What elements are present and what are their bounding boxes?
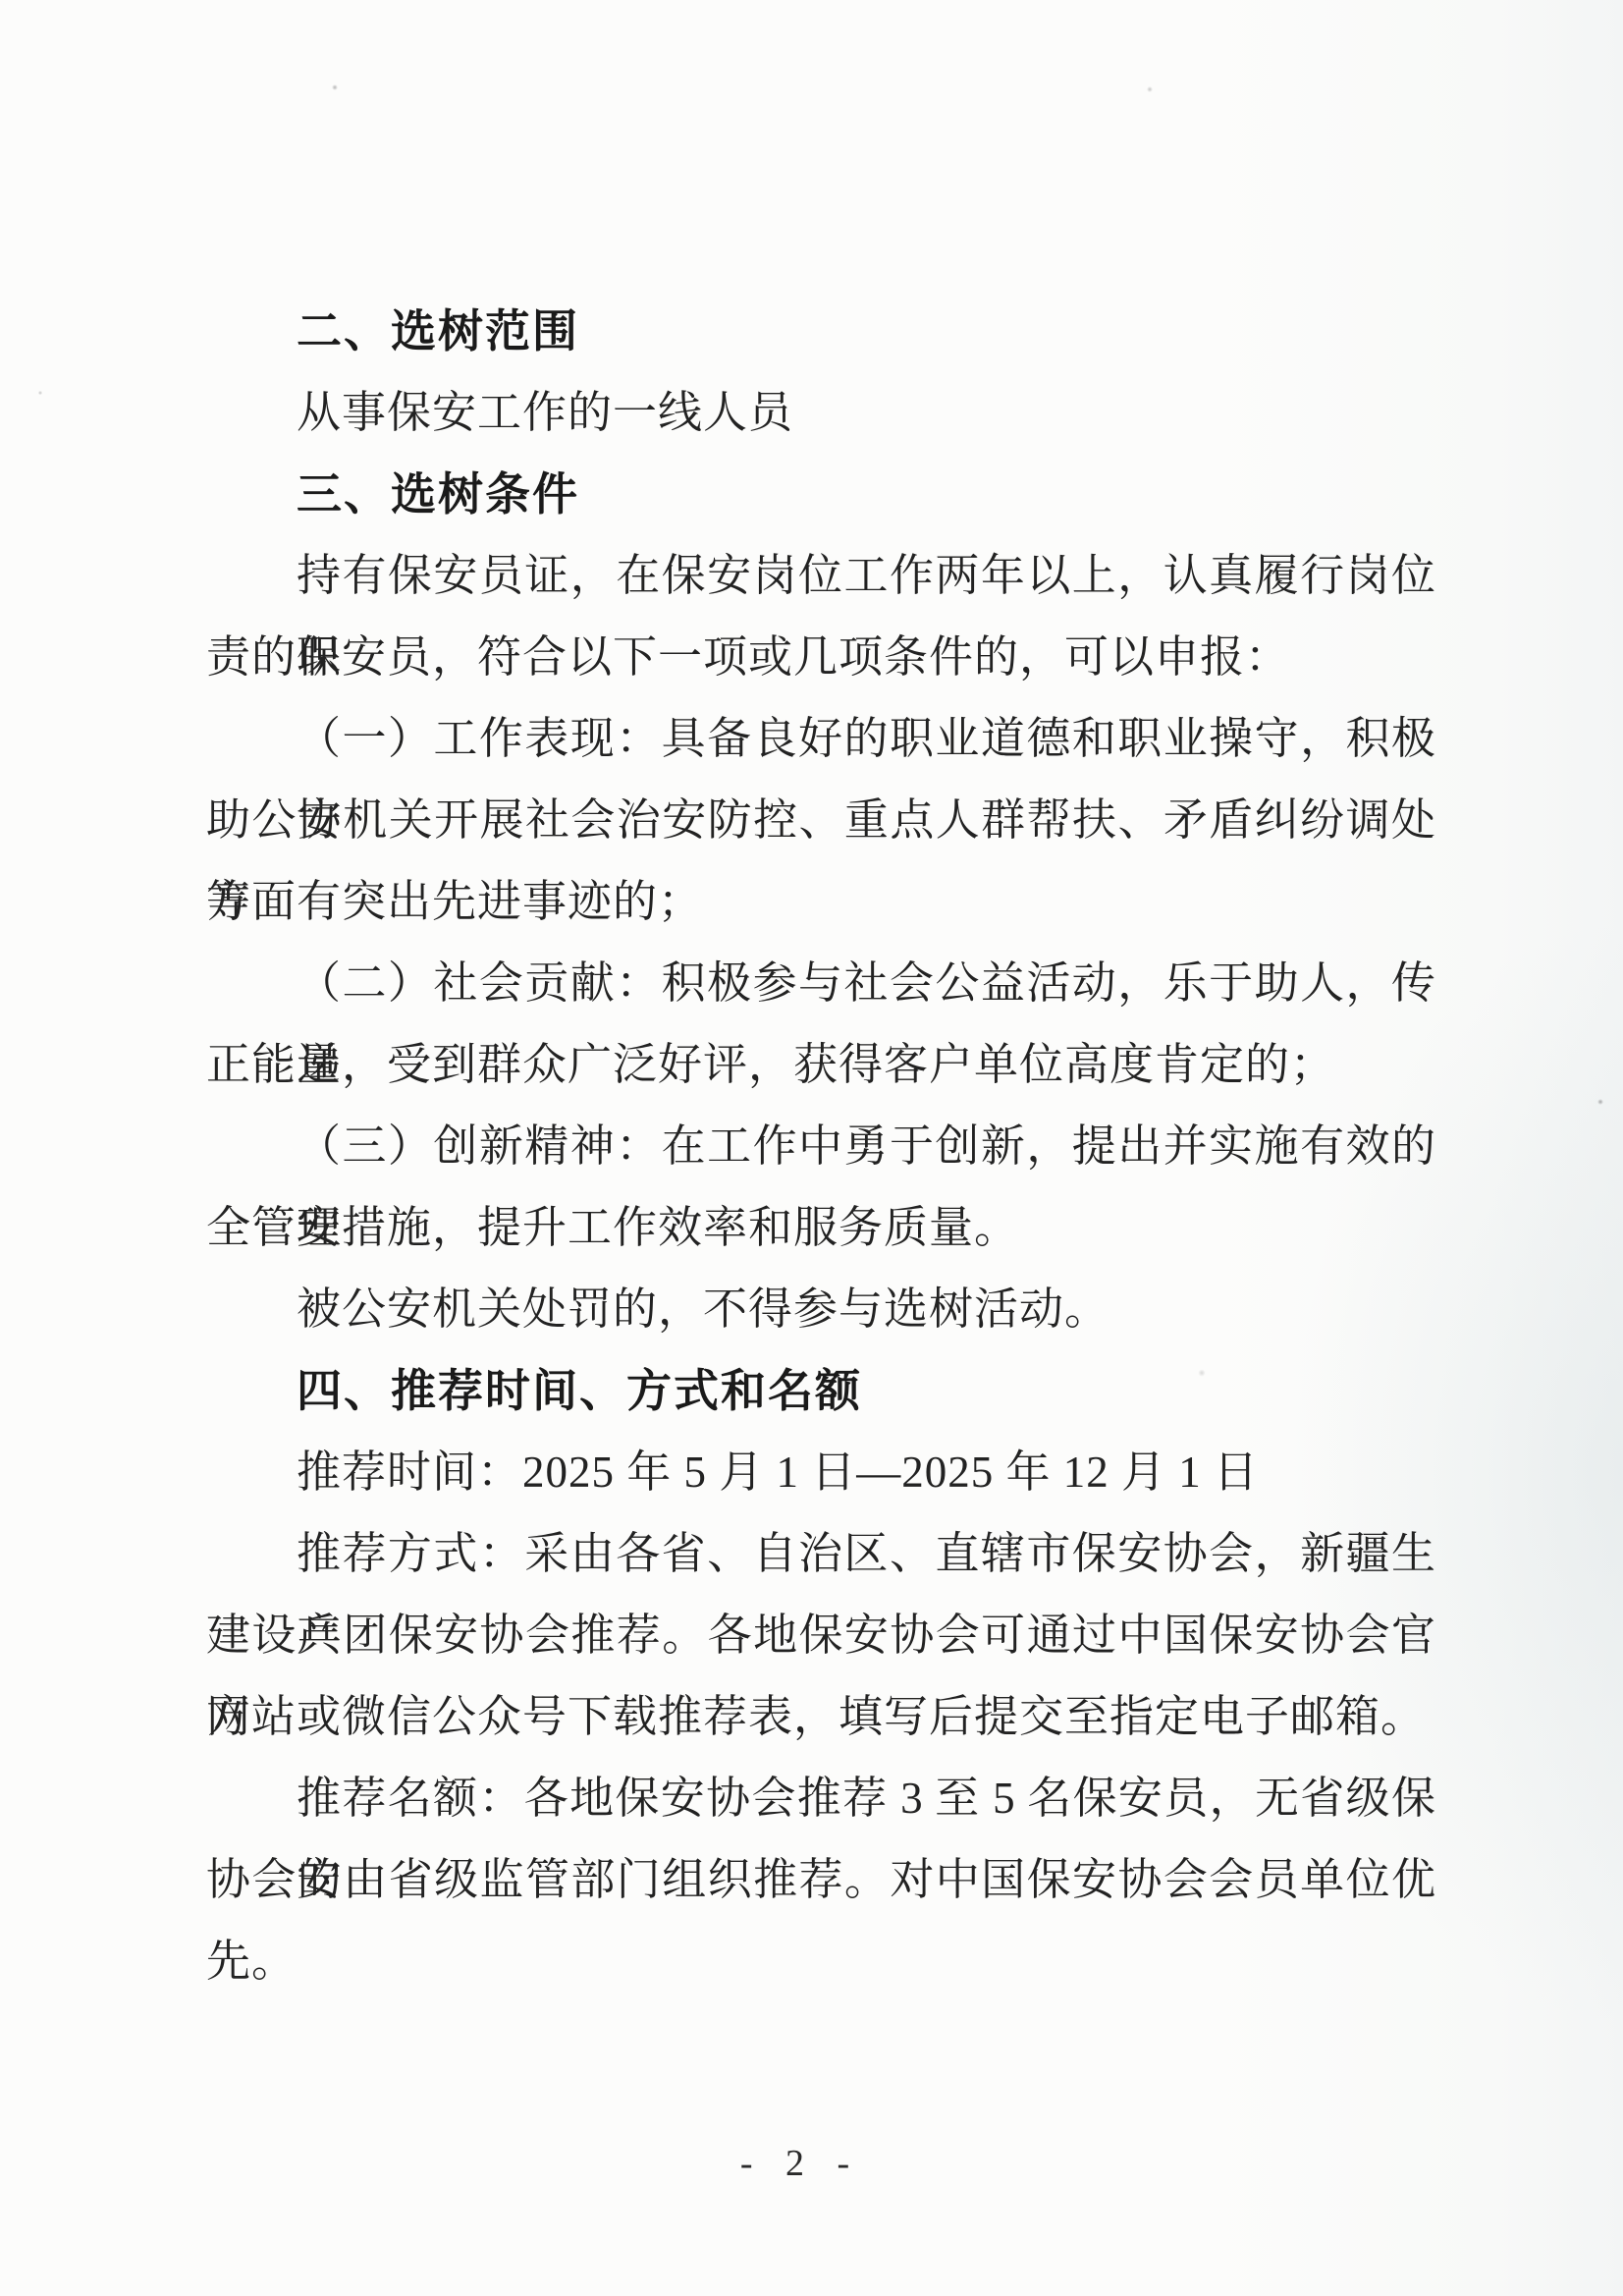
scanned-document-page: 二、选树范围从事保安工作的一线人员三、选树条件持有保安员证，在保安岗位工作两年以… (0, 0, 1623, 2296)
body-line: 推荐名额：各地保安协会推荐 3 至 5 名保安员，无省级保安 (206, 1758, 1435, 1839)
body-line: 持有保安员证，在保安岗位工作两年以上，认真履行岗位职 (206, 535, 1435, 617)
body-line: 全管理措施，提升工作效率和服务质量。 (206, 1187, 1435, 1269)
body-line: （二）社会贡献：积极参与社会公益活动，乐于助人，传递 (206, 943, 1435, 1024)
document-lines: 二、选树范围从事保安工作的一线人员三、选树条件持有保安员证，在保安岗位工作两年以… (206, 291, 1435, 2002)
body-line: 助公安机关开展社会治安防控、重点人群帮扶、矛盾纠纷调处等 (206, 780, 1435, 861)
body-line: 协会的由省级监管部门组织推荐。对中国保安协会会员单位优 (206, 1839, 1435, 1921)
body-line: 网站或微信公众号下载推荐表，填写后提交至指定电子邮箱。 (206, 1676, 1435, 1758)
body-line: 推荐方式：采由各省、自治区、直辖市保安协会，新疆生产 (206, 1513, 1435, 1595)
body-line: 从事保安工作的一线人员 (206, 372, 1435, 454)
body-line: 建设兵团保安协会推荐。各地保安协会可通过中国保安协会官方 (206, 1595, 1435, 1676)
body-line: （三）创新精神：在工作中勇于创新，提出并实施有效的安 (206, 1106, 1435, 1187)
body-line: 被公安机关处罚的，不得参与选树活动。 (206, 1269, 1435, 1350)
body-line: 推荐时间：2025 年 5 月 1 日—2025 年 12 月 1 日 (206, 1432, 1435, 1513)
body-line: 正能量，受到群众广泛好评，获得客户单位高度肯定的； (206, 1024, 1435, 1106)
heading-line: 四、推荐时间、方式和名额 (206, 1350, 1435, 1432)
heading-line: 二、选树范围 (206, 291, 1435, 372)
page-number: - 2 - (0, 2139, 1601, 2188)
body-line: 方面有突出先进事迹的； (206, 861, 1435, 943)
body-line: 责的保安员，符合以下一项或几项条件的，可以申报： (206, 617, 1435, 698)
body-line: （一）工作表现：具备良好的职业道德和职业操守，积极协 (206, 698, 1435, 780)
body-line: 先。 (206, 1921, 1435, 2002)
heading-line: 三、选树条件 (206, 454, 1435, 535)
